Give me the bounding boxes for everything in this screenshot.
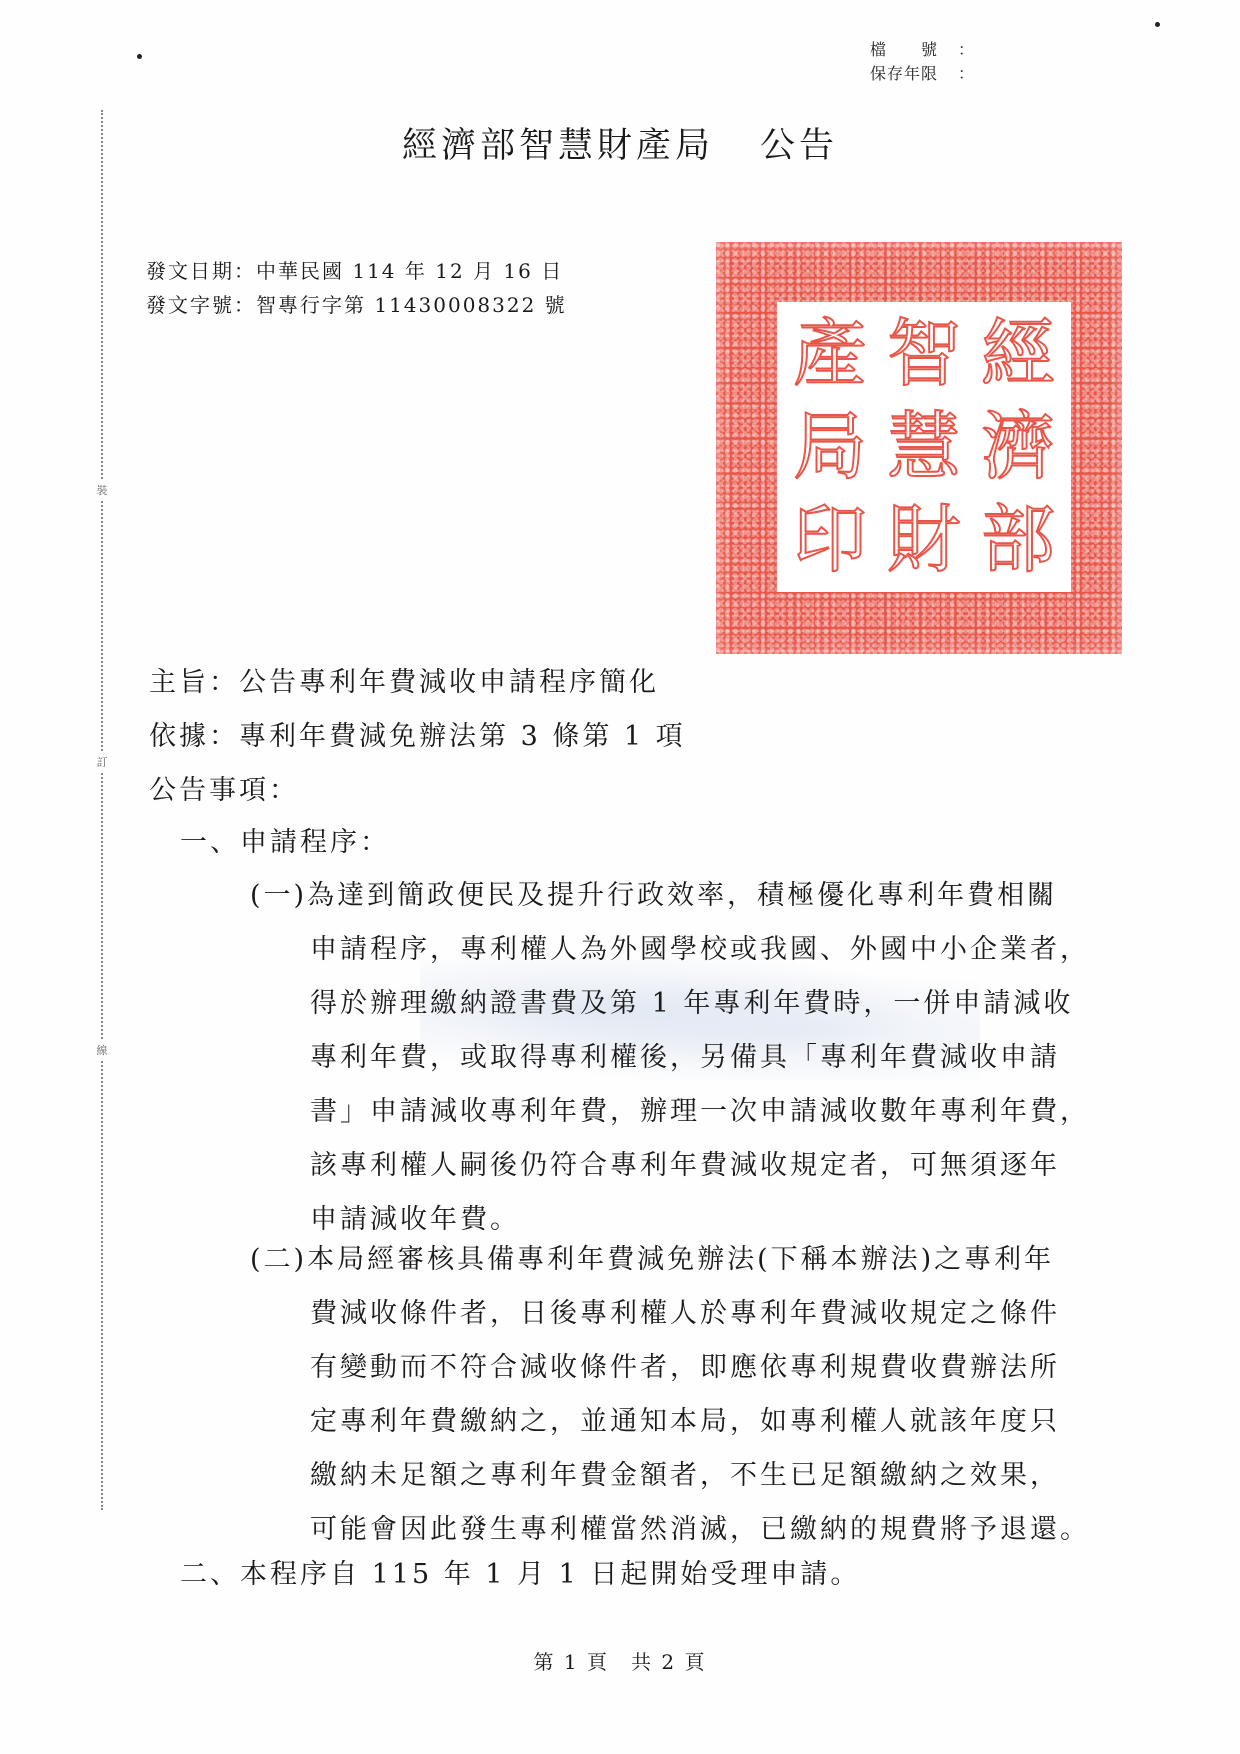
issue-number-label: 發文字號： — [146, 293, 256, 317]
seal-character: 智 — [877, 308, 971, 401]
issue-date-value: 中華民國 114 年 12 月 16 日 — [256, 259, 563, 283]
official-seal: 經 濟 部 智 慧 財 產 局 印 — [716, 242, 1122, 654]
section-2-heading: 二、本程序自 115 年 1 月 1 日起開始受理申請。 — [180, 1552, 860, 1591]
seal-character: 產 — [783, 308, 877, 401]
page-footer: 第 1 頁共 2 頁 — [0, 1646, 1240, 1675]
item-1-line-0: 為達到簡政便民及提升行政效率，積極優化專利年費相關 — [307, 880, 1057, 911]
file-number-row: 檔 號 ： — [870, 38, 974, 62]
seal-character: 慧 — [877, 401, 971, 494]
issue-date-row: 發文日期：中華民國 114 年 12 月 16 日 — [146, 254, 567, 288]
seal-character: 部 — [971, 493, 1065, 586]
item-1-line-6: 申請減收年費。 — [310, 1197, 520, 1236]
document-page: 裝 訂 線 檔 號 ： 保存年限 ： 經濟部智慧財產局公告 發文日期：中華民國 … — [0, 0, 1240, 1754]
section-1-heading: 一、申請程序： — [180, 820, 390, 859]
total-pages: 共 2 頁 — [631, 1650, 706, 1674]
subject-label: 主旨： — [149, 667, 239, 698]
subject-line: 主旨：公告專利年費減收申請程序簡化 — [149, 660, 659, 699]
retention-row: 保存年限 ： — [870, 62, 974, 86]
issue-number-row: 發文字號：智專行字第 11430008322 號 — [146, 288, 567, 322]
binding-mark-xian: 線 — [93, 1040, 111, 1060]
item-1-marker: (一) — [250, 880, 307, 911]
file-number-colon: ： — [958, 38, 974, 62]
binding-mark-ding: 訂 — [93, 752, 111, 772]
header-meta: 檔 號 ： 保存年限 ： — [870, 38, 974, 86]
item-1-line-4: 書」申請減收專利年費，辦理一次申請減收數年專利年費， — [310, 1089, 1090, 1128]
seal-character: 印 — [783, 493, 877, 586]
seal-character: 經 — [971, 308, 1065, 401]
item-1-line-5: 該專利權人嗣後仍符合專利年費減收規定者，可無須逐年 — [310, 1143, 1060, 1182]
item-2-line-5: 可能會因此發生專利權當然消滅，已繳納的規費將予退還。 — [310, 1507, 1090, 1546]
item-2-line-0: 本局經審核具備專利年費減免辦法(下稱本辦法)之專利年 — [307, 1244, 1054, 1275]
basis-label: 依據： — [149, 721, 239, 752]
item-2-line-4: 繳納未足額之專利年費金額者，不生已足額繳納之效果， — [310, 1453, 1060, 1492]
document-type: 公告 — [760, 126, 838, 166]
item-2-line-1: 費減收條件者，日後專利權人於專利年費減收規定之條件 — [310, 1291, 1060, 1330]
retention-label: 保存年限 — [870, 62, 956, 86]
binding-line — [101, 110, 103, 1510]
document-title: 經濟部智慧財產局公告 — [0, 118, 1240, 168]
item-2-line-2: 有變動而不符合減收條件者，即應依專利規費收費辦法所 — [310, 1345, 1060, 1384]
basis-text: 專利年費減免辦法第 3 條第 1 項 — [239, 721, 686, 752]
basis-line: 依據：專利年費減免辦法第 3 條第 1 項 — [149, 714, 686, 753]
current-page: 第 1 頁 — [534, 1650, 609, 1674]
subject-text: 公告專利年費減收申請程序簡化 — [239, 667, 659, 698]
seal-inner: 經 濟 部 智 慧 財 產 局 印 — [777, 302, 1071, 592]
item-1-line-3: 專利年費，或取得專利權後，另備具「專利年費減收申請 — [310, 1035, 1060, 1074]
seal-character: 財 — [877, 493, 971, 586]
item-2-first-line: (二)本局經審核具備專利年費減免辦法(下稱本辦法)之專利年 — [250, 1237, 1054, 1276]
item-1-first-line: (一)為達到簡政便民及提升行政效率，積極優化專利年費相關 — [250, 873, 1057, 912]
item-1-line-2: 得於辦理繳納證書費及第 1 年專利年費時，一併申請減收 — [310, 981, 1073, 1020]
scan-speck — [1155, 22, 1160, 27]
item-1-line-1: 申請程序，專利權人為外國學校或我國、外國中小企業者， — [310, 927, 1090, 966]
announcement-heading: 公告事項： — [149, 768, 299, 807]
agency-name: 經濟部智慧財產局 — [402, 126, 714, 166]
issue-info: 發文日期：中華民國 114 年 12 月 16 日 發文字號：智專行字第 114… — [146, 254, 567, 322]
seal-character: 局 — [783, 401, 877, 494]
file-number-label: 檔 號 — [870, 38, 956, 62]
item-2-line-3: 定專利年費繳納之，並通知本局，如專利權人就該年度只 — [310, 1399, 1060, 1438]
seal-character: 濟 — [971, 401, 1065, 494]
binding-mark-zhuang: 裝 — [93, 480, 111, 500]
issue-date-label: 發文日期： — [146, 259, 256, 283]
item-2-marker: (二) — [250, 1244, 307, 1275]
issue-number-value: 智專行字第 11430008322 號 — [256, 293, 567, 317]
retention-colon: ： — [958, 62, 974, 86]
scan-speck — [137, 54, 142, 59]
